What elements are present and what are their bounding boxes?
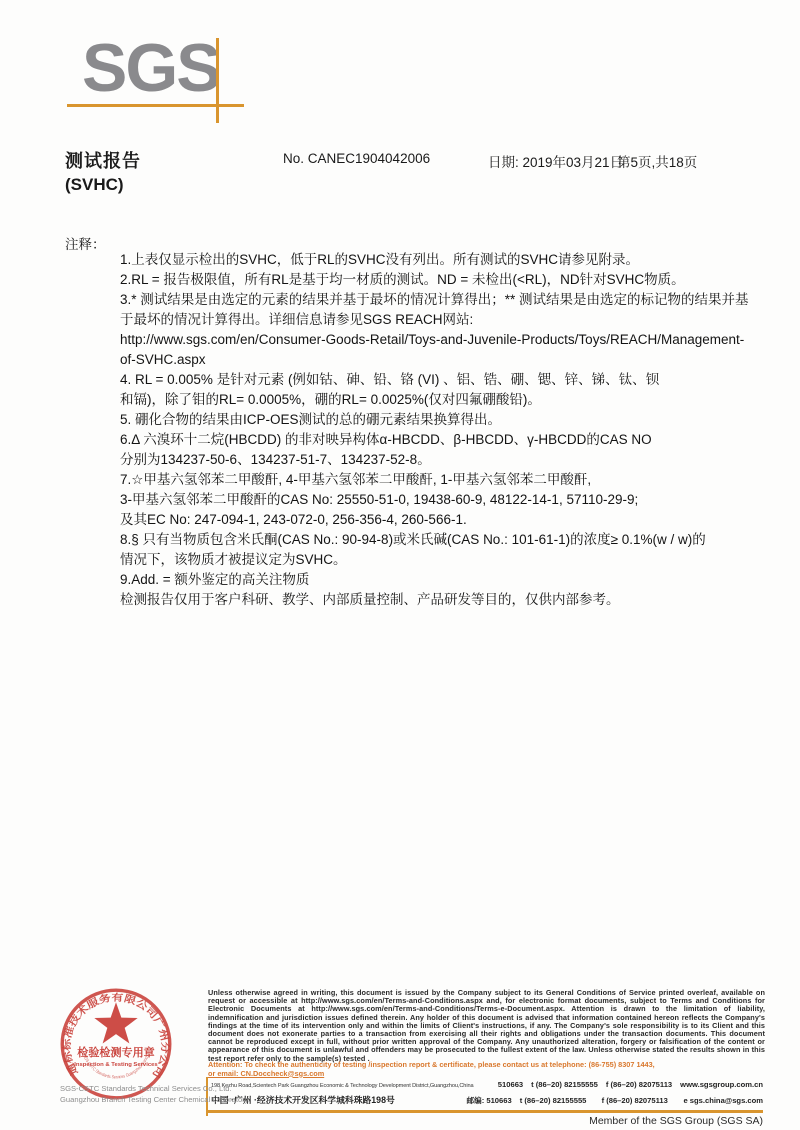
stamp-cn-text: 检验检测专用章	[77, 1045, 154, 1059]
terms-disclaimer: Unless otherwise agreed in writing, this…	[208, 989, 765, 1063]
address-row-cn: 中国 ·广州 ·经济技术开发区科学城科珠路198号 邮编: 510663 t (…	[211, 1093, 763, 1106]
postal-en: 510663	[474, 1080, 524, 1089]
company-line-1: SGS-CSTC Standards Technical Services Co…	[60, 1083, 250, 1094]
telephone-1: t (86–20) 82155555	[523, 1080, 598, 1089]
note-line: 2.RL = 报告极限值，所有RL是基于均一材质的测试。ND = 未检出(<RL…	[120, 270, 765, 290]
note-line: 9.Add. = 额外鉴定的高关注物质	[120, 570, 765, 590]
note-line: 检测报告仅用于客户科研、教学、内部质量控制、产品研发等目的，仅供内部参考。	[120, 590, 765, 610]
email: e sgs.china@sgs.com	[675, 1096, 763, 1105]
note-line: of-SVHC.aspx	[120, 350, 765, 370]
report-title: 测试报告	[65, 147, 141, 173]
website: www.sgsgroup.com.cn	[672, 1080, 763, 1089]
note-line: 1.上表仅显示检出的SVHC，低于RL的SVHC没有列出。所有测试的SVHC请参…	[120, 250, 765, 270]
page-indicator: 第5页,共18页	[617, 151, 697, 171]
fax-2: f (86–20) 82075113	[594, 1096, 676, 1105]
address-en: 198 Kezhu Road,Scientech Park Guangzhou …	[211, 1083, 474, 1089]
lab-company-name: SGS-CSTC Standards Technical Services Co…	[60, 1083, 250, 1105]
note-line: http://www.sgs.com/en/Consumer-Goods-Ret…	[120, 330, 765, 350]
note-line: 分别为134237-50-6、134237-51-7、134237-52-8。	[120, 450, 765, 470]
logo-vertical-line	[216, 38, 219, 123]
company-line-2: Guangzhou Branch Testing Center Chemical…	[60, 1094, 250, 1105]
attention-email: or email: CN.Doccheck@sgs.com	[208, 1069, 324, 1078]
notes-list: 1.上表仅显示检出的SVHC，低于RL的SVHC没有列出。所有测试的SVHC请参…	[120, 250, 765, 610]
note-line: 8.§ 只有当物质包含米氏酮(CAS No.: 90-94-8)或米氏碱(CAS…	[120, 530, 765, 550]
note-line: 3-甲基六氢邻苯二甲酸酐的CAS No: 25550-51-0, 19438-6…	[120, 490, 765, 510]
note-line: 5. 硼化合物的结果由ICP-OES测试的总的硼元素结果换算得出。	[120, 410, 765, 430]
postal-cn: 邮编: 510663	[456, 1095, 512, 1106]
address-block: 198 Kezhu Road,Scientech Park Guangzhou …	[211, 1080, 763, 1106]
report-number: No. CANEC1904042006	[283, 151, 430, 166]
report-page: SGS 测试报告 (SVHC) No. CANEC1904042006 日期: …	[0, 0, 800, 1130]
note-line: 情况下，该物质才被提议定为SVHC。	[120, 550, 765, 570]
footer-horizontal-line	[207, 1110, 763, 1113]
report-subtitle: (SVHC)	[65, 175, 124, 195]
fax-1: f (86–20) 82075113	[598, 1080, 672, 1089]
address-row-en: 198 Kezhu Road,Scientech Park Guangzhou …	[211, 1080, 763, 1093]
attention-notice: Attention: To check the authenticity of …	[208, 1061, 765, 1078]
note-line: 于最坏的情况计算得出。详细信息请参见SGS REACH网站:	[120, 310, 765, 330]
notes-label: 注释：	[65, 233, 106, 253]
note-line: 7.☆甲基六氢邻苯二甲酸酐, 4-甲基六氢邻苯二甲酸酐, 1-甲基六氢邻苯二甲酸…	[120, 470, 765, 490]
stamp-en-text: Inspection & Testing Services	[74, 1062, 158, 1068]
sgs-logo: SGS	[82, 30, 220, 106]
report-date: 日期: 2019年03月21日	[488, 151, 623, 171]
note-line: 4. RL = 0.005% 是针对元素 (例如钴、砷、铅、铬 (VI) 、铝、…	[120, 370, 765, 390]
note-line: 3.* 测试结果是由选定的元素的结果并基于最坏的情况计算得出；** 测试结果是由…	[120, 290, 765, 310]
telephone-2: t (86–20) 82155555	[512, 1096, 594, 1105]
note-line: 和镉)，除了钼的RL= 0.0005%，硼的RL= 0.0025%(仅对四氟硼酸…	[120, 390, 765, 410]
sgs-member-text: Member of the SGS Group (SGS SA)	[480, 1115, 763, 1127]
stamp-star-icon	[94, 1002, 137, 1043]
note-line: 及其EC No: 247-094-1, 243-072-0, 256-356-4…	[120, 510, 765, 530]
note-line: 6.Δ 六溴环十二烷(HBCDD) 的非对映异构体α-HBCDD、β-HBCDD…	[120, 430, 765, 450]
